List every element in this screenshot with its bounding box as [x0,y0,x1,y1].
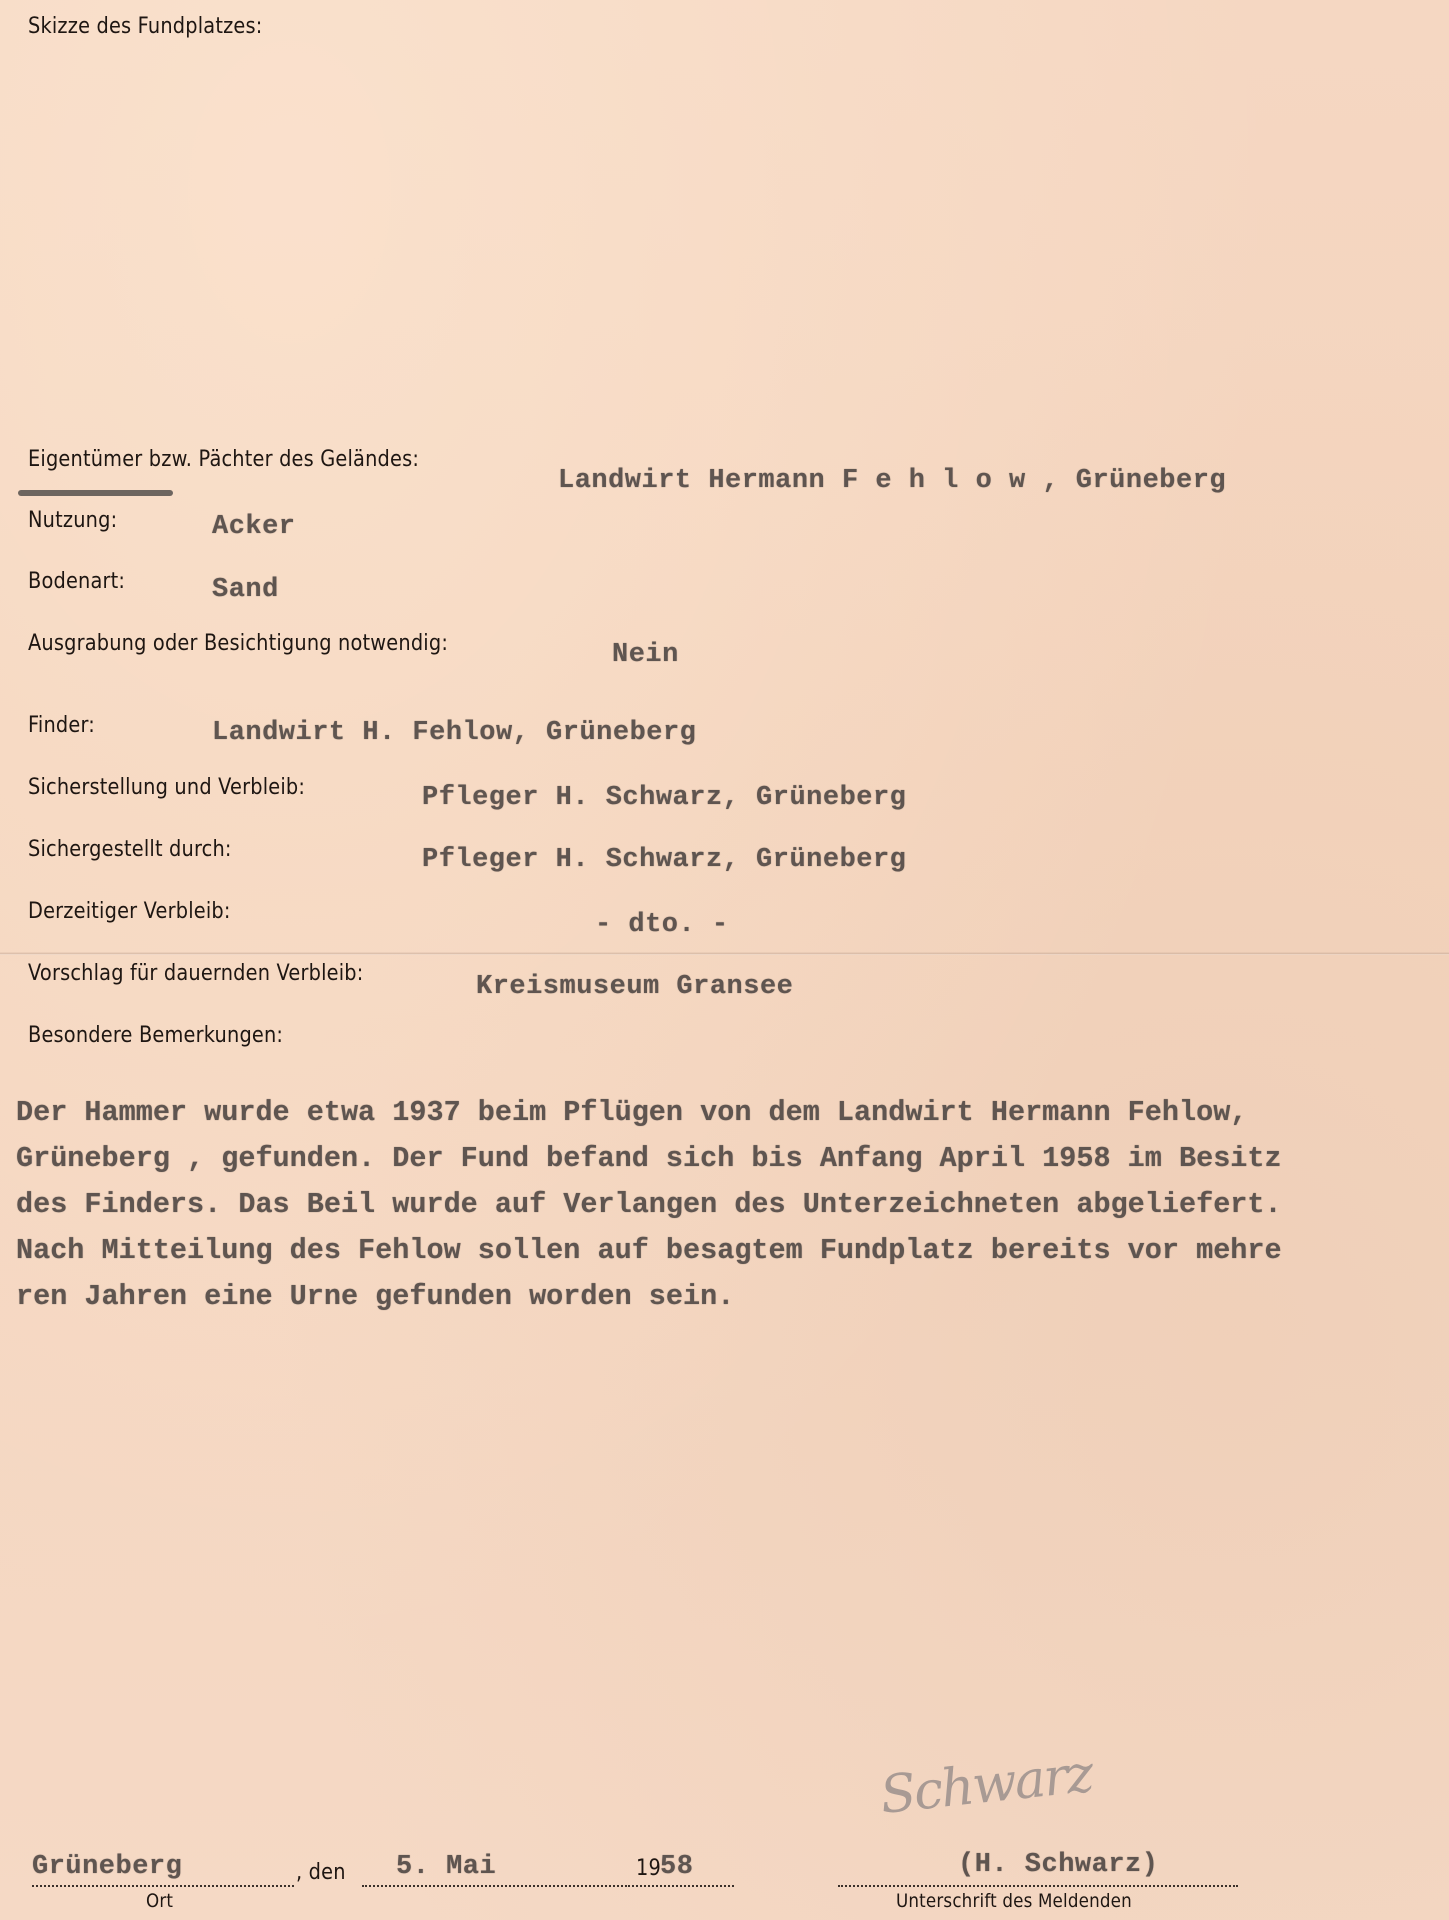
signature-dotted-line [838,1885,1238,1887]
form-page: Skizze des Fundplatzes: Eigentümer bzw. … [0,0,1449,1920]
place-dotted-line [32,1885,294,1887]
year-dotted-line [632,1885,734,1887]
paper-fold [0,952,1449,955]
typed-signature: (H. Schwarz) [958,1850,1158,1880]
date-value: 5. Mai [396,1852,496,1882]
remarks-line: Grüneberg , gefunden. Der Fund befand si… [16,1136,1446,1182]
soil-value: Sand [212,575,279,605]
proposal-label: Vorschlag für dauernden Verbleib: [28,961,363,986]
place-label: Ort [146,1890,173,1912]
securing-label: Sicherstellung und Verbleib: [28,775,305,800]
current-location-label: Derzeitiger Verbleib: [28,899,231,924]
remarks-text: Der Hammer wurde etwa 1937 beim Pflügen … [16,1090,1446,1320]
excavation-label: Ausgrabung oder Besichtigung notwendig: [28,631,448,656]
secured-by-label: Sichergestellt durch: [28,837,232,862]
current-location-value: - dto. - [595,910,729,940]
remarks-line: des Finders. Das Beil wurde auf Verlange… [16,1182,1446,1228]
sketch-label: Skizze des Fundplatzes: [28,14,262,39]
year-prefix: 19 [636,1856,661,1881]
secured-by-value: Pfleger H. Schwarz, Grüneberg [422,845,906,875]
date-dotted-line [362,1885,630,1887]
remarks-line: Nach Mitteilung des Fehlow sollen auf be… [16,1228,1446,1274]
finder-label: Finder: [28,713,95,738]
owner-label: Eigentümer bzw. Pächter des Geländes: [28,447,419,472]
den-label: , den [296,1860,346,1885]
handwritten-signature: Schwarz [877,1744,1094,1826]
strikethrough-mark [18,490,173,496]
remarks-line: ren Jahren eine Urne gefunden worden sei… [16,1274,1446,1320]
usage-label: Nutzung: [28,508,117,533]
remarks-line: Der Hammer wurde etwa 1937 beim Pflügen … [16,1090,1446,1136]
owner-value: Landwirt Hermann F e h l o w , Grüneberg [558,466,1226,496]
usage-value: Acker [212,512,296,542]
finder-value: Landwirt H. Fehlow, Grüneberg [212,718,696,748]
year-suffix: 58 [660,1852,693,1882]
signature-label: Unterschrift des Meldenden [896,1890,1132,1912]
place-value: Grüneberg [32,1852,182,1882]
soil-label: Bodenart: [28,569,125,594]
proposal-value: Kreismuseum Gransee [476,972,793,1002]
excavation-value: Nein [612,640,679,670]
remarks-label: Besondere Bemerkungen: [28,1023,283,1048]
securing-value: Pfleger H. Schwarz, Grüneberg [422,783,906,813]
